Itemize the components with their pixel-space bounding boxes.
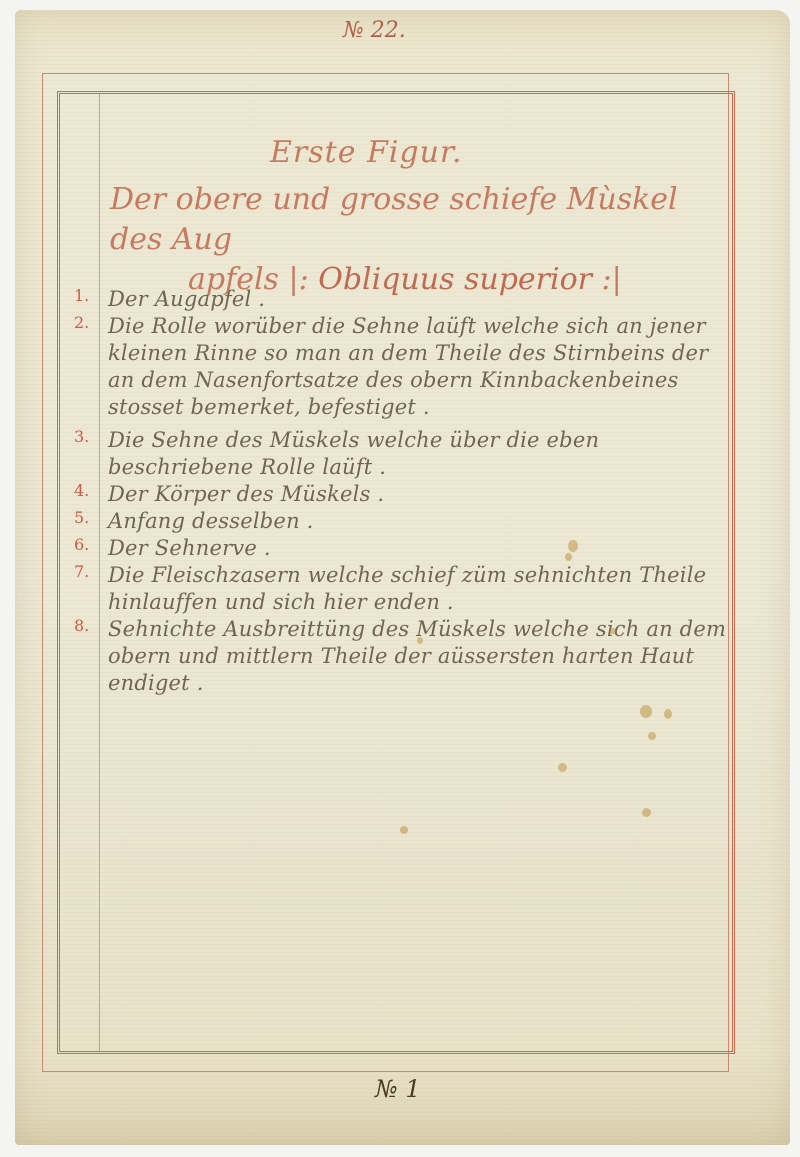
list-item: 1. Der Augapfel . <box>0 286 800 313</box>
item-text: Die Sehne des Müskels welche über die eb… <box>108 427 738 481</box>
figure-title: Erste Figur. <box>270 135 463 170</box>
item-text: Sehnichte Ausbreittüng des Müskels welch… <box>108 616 738 697</box>
age-stain <box>565 553 572 561</box>
list-item: 4. Der Körper des Müskels . <box>0 481 800 508</box>
item-number: 1. <box>74 286 94 305</box>
item-number: 8. <box>74 616 94 635</box>
age-stain <box>610 628 616 634</box>
age-stain <box>558 763 567 772</box>
list-item: 2. Die Rolle worüber die Sehne laüft wel… <box>0 313 800 421</box>
age-stain <box>642 808 651 817</box>
item-number: 7. <box>74 562 94 581</box>
age-stain <box>640 705 652 718</box>
item-text: Der Körper des Müskels . <box>108 481 738 508</box>
item-text: Der Sehnerve . <box>108 535 738 562</box>
page-number-footer: № 1 <box>375 1075 421 1103</box>
list-item: 5. Anfang desselben . <box>0 508 800 535</box>
age-stain <box>648 732 656 740</box>
legend-list: 1. Der Augapfel . 2. Die Rolle worüber d… <box>0 286 800 697</box>
item-number: 3. <box>74 427 94 446</box>
age-stain <box>417 637 423 644</box>
list-item: 8. Sehnichte Ausbreittüng des Müskels we… <box>0 616 800 697</box>
age-stain <box>664 709 672 719</box>
figure-subtitle: Der obere und grosse schiefe Mùskel des … <box>110 180 720 300</box>
list-item: 6. Der Sehnerve . <box>0 535 800 562</box>
item-number: 6. <box>74 535 94 554</box>
item-text: Anfang desselben . <box>108 508 738 535</box>
list-item: 7. Die Fleischzasern welche schief züm s… <box>0 562 800 616</box>
item-number: 5. <box>74 508 94 527</box>
age-stain <box>400 826 408 834</box>
item-text: Der Augapfel . <box>108 286 738 313</box>
item-number: 2. <box>74 313 94 332</box>
item-text: Die Rolle worüber die Sehne laüft welche… <box>108 313 738 421</box>
age-stain <box>568 540 578 552</box>
page-number-header: № 22. <box>343 18 406 43</box>
item-number: 4. <box>74 481 94 500</box>
item-text: Die Fleischzasern welche schief züm sehn… <box>108 562 738 616</box>
subtitle-line-1: Der obere und grosse schiefe Mùskel des … <box>110 182 678 257</box>
list-item: 3. Die Sehne des Müskels welche über die… <box>0 427 800 481</box>
